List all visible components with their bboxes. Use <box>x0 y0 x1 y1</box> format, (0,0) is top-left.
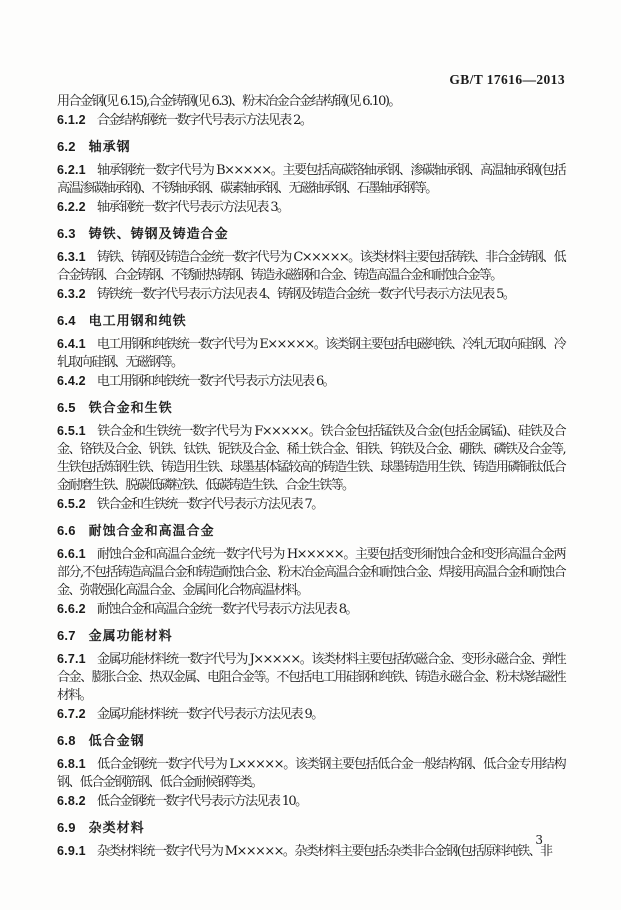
clause-text: 电工用钢和纯铁统一数字代号为 E×××××。该类钢主要包括电磁纯铁、冷轧无取向硅… <box>57 337 565 370</box>
section-title: 铸铁、铸钢及铸造合金 <box>89 226 229 241</box>
clause-6-7-1: 6.7.1金属功能材料统一数字代号为 J×××××。该类材料主要包括软磁合金、变… <box>57 650 565 705</box>
section-heading-6-4: 6.4电工用钢和纯铁 <box>57 312 565 330</box>
clause-number: 6.5.2 <box>57 497 86 511</box>
clause-number: 6.2.1 <box>57 163 86 177</box>
clause-text: 轴承钢统一数字代号为 B×××××。主要包括高碳铬轴承钢、渗碳轴承钢、高温轴承钢… <box>57 163 565 196</box>
clause-number: 6.8.2 <box>57 794 86 808</box>
clause-number: 6.6.2 <box>57 602 86 616</box>
section-number: 6.6 <box>57 523 76 538</box>
clause-text: 铁合金和生铁统一数字代号为 F×××××。铁合金包括锰铁及合金(包括金属锰)、硅… <box>57 424 565 493</box>
intro-continuation-paragraph: 用合金钢(见 6.15),合金铸钢(见 6.3)、粉末冶金合金结构钢(见 6.1… <box>57 93 565 111</box>
clause-text: 合金结构钢统一数字代号表示方法见表 2。 <box>97 113 311 128</box>
clause-text: 铁合金和生铁统一数字代号表示方法见表 7。 <box>97 497 323 512</box>
section-title: 轴承钢 <box>89 139 131 154</box>
paragraph-text: 用合金钢(见 6.15),合金铸钢(见 6.3)、粉末冶金合金结构钢(见 6.1… <box>57 94 400 109</box>
clause-number: 6.6.1 <box>57 547 86 561</box>
section-title: 耐蚀合金和高温合金 <box>89 523 215 538</box>
section-number: 6.8 <box>57 733 76 748</box>
clause-number: 6.5.1 <box>57 424 86 438</box>
section-title: 金属功能材料 <box>89 628 173 643</box>
section-number: 6.5 <box>57 400 76 415</box>
document-body: 用合金钢(见 6.15),合金铸钢(见 6.3)、粉末冶金合金结构钢(见 6.1… <box>57 93 565 861</box>
clause-text: 轴承钢统一数字代号表示方法见表 3。 <box>97 200 289 215</box>
section-heading-6-7: 6.7金属功能材料 <box>57 627 565 645</box>
clause-6-6-1: 6.6.1耐蚀合金和高温合金统一数字代号为 H×××××。主要包括变形耐蚀合金和… <box>57 545 565 600</box>
clause-text: 金属功能材料统一数字代号为 J×××××。该类材料主要包括软磁合金、变形永磁合金… <box>57 652 565 703</box>
section-heading-6-3: 6.3铸铁、铸钢及铸造合金 <box>57 225 565 243</box>
clause-6-3-2: 6.3.2铸铁统一数字代号表示方法见表 4、铸钢及铸造合金统一数字代号表示方法见… <box>57 285 565 304</box>
clause-6-5-2: 6.5.2铁合金和生铁统一数字代号表示方法见表 7。 <box>57 495 565 514</box>
section-number: 6.2 <box>57 139 76 154</box>
clause-text: 铸铁、铸钢及铸造合金统一数字代号为 C×××××。该类材料主要包括铸铁、非合金铸… <box>57 250 565 283</box>
clause-text: 耐蚀合金和高温合金统一数字代号为 H×××××。主要包括变形耐蚀合金和变形高温合… <box>57 547 565 598</box>
clause-number: 6.7.1 <box>57 652 86 666</box>
clause-number: 6.1.2 <box>57 113 86 127</box>
section-heading-6-6: 6.6耐蚀合金和高温合金 <box>57 522 565 540</box>
section-number: 6.3 <box>57 226 76 241</box>
clause-6-7-2: 6.7.2金属功能材料统一数字代号表示方法见表 9。 <box>57 705 565 724</box>
clause-text: 电工用钢和纯铁统一数字代号表示方法见表 6。 <box>97 374 334 389</box>
clause-number: 6.7.2 <box>57 707 86 721</box>
clause-text: 低合金钢统一数字代号表示方法见表 10。 <box>97 794 307 809</box>
section-number: 6.7 <box>57 628 76 643</box>
clause-text: 耐蚀合金和高温合金统一数字代号表示方法见表 8。 <box>97 602 357 617</box>
page-number: 3 <box>57 833 543 847</box>
section-number: 6.4 <box>57 313 76 328</box>
clause-text: 低合金钢统一数字代号为 L×××××。该类钢主要包括低合金一般结构钢、低合金专用… <box>57 757 565 790</box>
clause-6-3-1: 6.3.1铸铁、铸钢及铸造合金统一数字代号为 C×××××。该类材料主要包括铸铁… <box>57 248 565 285</box>
clause-6-1-2: 6.1.2合金结构钢统一数字代号表示方法见表 2。 <box>57 111 565 130</box>
section-heading-6-8: 6.8低合金钢 <box>57 732 565 750</box>
clause-number: 6.3.1 <box>57 250 86 264</box>
section-title: 低合金钢 <box>89 733 145 748</box>
clause-number: 6.4.2 <box>57 374 86 388</box>
clause-text: 铸铁统一数字代号表示方法见表 4、铸钢及铸造合金统一数字代号表示方法见表 5。 <box>97 287 514 302</box>
standard-number: GB/T 17616—2013 <box>57 72 565 88</box>
clause-6-4-2: 6.4.2电工用钢和纯铁统一数字代号表示方法见表 6。 <box>57 372 565 391</box>
section-title: 铁合金和生铁 <box>89 400 173 415</box>
clause-6-2-2: 6.2.2轴承钢统一数字代号表示方法见表 3。 <box>57 198 565 217</box>
clause-6-5-1: 6.5.1铁合金和生铁统一数字代号为 F×××××。铁合金包括锰铁及合金(包括金… <box>57 422 565 495</box>
clause-number: 6.2.2 <box>57 200 86 214</box>
section-heading-6-2: 6.2轴承钢 <box>57 138 565 156</box>
section-title: 电工用钢和纯铁 <box>89 313 187 328</box>
document-page: GB/T 17616—2013 用合金钢(见 6.15),合金铸钢(见 6.3)… <box>0 0 621 910</box>
clause-number: 6.8.1 <box>57 757 86 771</box>
clause-number: 6.3.2 <box>57 287 86 301</box>
clause-6-2-1: 6.2.1轴承钢统一数字代号为 B×××××。主要包括高碳铬轴承钢、渗碳轴承钢、… <box>57 161 565 198</box>
clause-6-6-2: 6.6.2耐蚀合金和高温合金统一数字代号表示方法见表 8。 <box>57 600 565 619</box>
clause-6-4-1: 6.4.1电工用钢和纯铁统一数字代号为 E×××××。该类钢主要包括电磁纯铁、冷… <box>57 335 565 372</box>
clause-text: 金属功能材料统一数字代号表示方法见表 9。 <box>97 707 323 722</box>
section-heading-6-5: 6.5铁合金和生铁 <box>57 399 565 417</box>
clause-6-8-1: 6.8.1低合金钢统一数字代号为 L×××××。该类钢主要包括低合金一般结构钢、… <box>57 755 565 792</box>
clause-number: 6.4.1 <box>57 337 86 351</box>
clause-6-8-2: 6.8.2低合金钢统一数字代号表示方法见表 10。 <box>57 792 565 811</box>
